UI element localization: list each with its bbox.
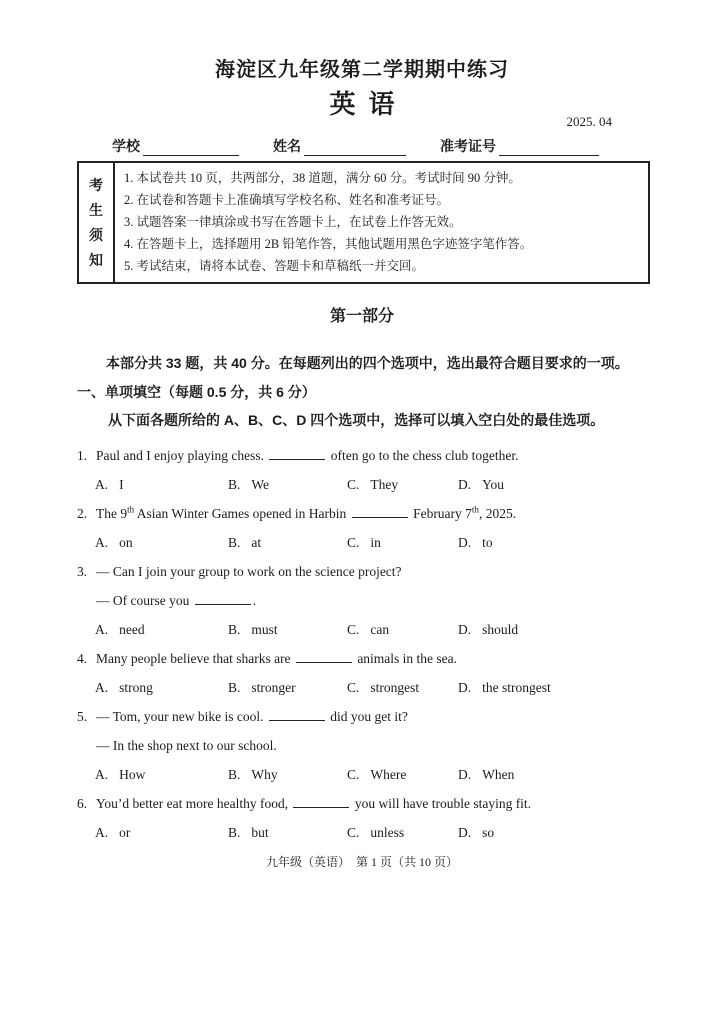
option-b: B.at	[228, 528, 347, 557]
question-number: 4.	[77, 644, 96, 673]
option-a: A.strong	[95, 673, 228, 702]
question-options: A.orB.butC.unlessD.so	[77, 818, 684, 847]
option-a: A.I	[95, 470, 228, 499]
option-d: D.the strongest	[458, 673, 684, 702]
option-d: D.so	[458, 818, 684, 847]
option-d: D.should	[458, 615, 684, 644]
part-one-intro: 本部分共 33 题，共 40 分。在每题列出的四个选项中，选出最符合题目要求的一…	[106, 354, 684, 372]
blank-line	[195, 591, 251, 605]
question-stem-line: 4.Many people believe that sharks are an…	[77, 644, 684, 673]
option-c: C.unless	[347, 818, 458, 847]
option-label: D.	[458, 470, 471, 499]
option-label: B.	[228, 818, 240, 847]
option-b: B.must	[228, 615, 347, 644]
option-b: B.We	[228, 470, 347, 499]
section-one-title: 一、单项填空（每题 0.5 分，共 6 分）	[77, 383, 724, 401]
option-text: should	[482, 622, 518, 637]
option-c: C.strongest	[347, 673, 458, 702]
option-label: B.	[228, 528, 240, 557]
option-label: C.	[347, 760, 359, 789]
option-label: A.	[95, 818, 108, 847]
name-field-label: 姓名	[273, 139, 301, 156]
notice-item: 3. 试题答案一律填涂或书写在答题卡上，在试卷上作答无效。	[124, 215, 642, 230]
option-label: C.	[347, 615, 359, 644]
option-text: on	[119, 535, 133, 550]
option-d: D.When	[458, 760, 684, 789]
option-text: need	[119, 622, 144, 637]
question-stem-line: 3.— Can I join your group to work on the…	[77, 557, 684, 586]
admission-number-field-label: 准考证号	[440, 139, 496, 156]
notice-side-label: 考生须知	[79, 163, 115, 282]
superscript-text: th	[472, 505, 479, 515]
option-text: You	[482, 477, 504, 492]
question-options: A.strongB.strongerC.strongestD.the stron…	[77, 673, 684, 702]
option-text: strongest	[370, 680, 419, 695]
questions-list: 1.Paul and I enjoy playing chess. often …	[77, 441, 684, 847]
question-stem-line: 6.You’d better eat more healthy food, yo…	[77, 789, 684, 818]
question-options: A.needB.mustC.canD.should	[77, 615, 684, 644]
question-number: 5.	[77, 702, 96, 731]
option-text: to	[482, 535, 493, 550]
option-text: unless	[370, 825, 404, 840]
question-number: 3.	[77, 557, 96, 586]
school-field-label: 学校	[112, 139, 140, 156]
option-label: C.	[347, 818, 359, 847]
option-text: I	[119, 477, 124, 492]
option-text: When	[482, 767, 514, 782]
option-label: C.	[347, 528, 359, 557]
question-stem-line: 5.— Tom, your new bike is cool. did you …	[77, 702, 684, 731]
page-footer: 九年级（英语） 第 1 页（共 10 页）	[0, 855, 724, 870]
notice-side-char: 知	[89, 250, 103, 270]
option-b: B.stronger	[228, 673, 347, 702]
notice-items: 1. 本试卷共 10 页，共两部分，38 道题，满分 60 分。考试时间 90 …	[115, 163, 648, 282]
option-label: C.	[347, 470, 359, 499]
question-number: 2.	[77, 499, 96, 528]
option-text: the strongest	[482, 680, 551, 695]
question-options: A.HowB.WhyC.WhereD.When	[77, 760, 684, 789]
question-number: 6.	[77, 789, 96, 818]
option-label: B.	[228, 470, 240, 499]
blank-line	[293, 794, 349, 808]
option-b: B.but	[228, 818, 347, 847]
option-label: D.	[458, 818, 471, 847]
option-text: so	[482, 825, 494, 840]
option-a: A.How	[95, 760, 228, 789]
header-fields: 学校 姓名 准考证号	[112, 138, 724, 156]
option-label: B.	[228, 615, 240, 644]
school-field-blank-line	[143, 140, 239, 156]
option-a: A.need	[95, 615, 228, 644]
superscript-text: th	[127, 505, 134, 515]
question-stem-line: 1.Paul and I enjoy playing chess. often …	[77, 441, 684, 470]
question-options: A.onB.atC.inD.to	[77, 528, 684, 557]
option-text: We	[251, 477, 269, 492]
option-c: C.can	[347, 615, 458, 644]
option-a: A.or	[95, 818, 228, 847]
blank-line	[269, 446, 325, 460]
option-label: A.	[95, 528, 108, 557]
option-text: but	[251, 825, 268, 840]
option-d: D.to	[458, 528, 684, 557]
option-text: in	[370, 535, 381, 550]
notice-item: 1. 本试卷共 10 页，共两部分，38 道题，满分 60 分。考试时间 90 …	[124, 171, 642, 186]
option-text: or	[119, 825, 130, 840]
option-text: can	[370, 622, 389, 637]
school-field: 学校	[112, 139, 239, 156]
option-text: How	[119, 767, 145, 782]
option-text: stronger	[251, 680, 295, 695]
question-stem-line: — In the shop next to our school.	[77, 731, 684, 760]
question-stem-line: — Of course you .	[77, 586, 684, 615]
blank-line	[269, 707, 325, 721]
notice-side-char: 生	[89, 200, 103, 220]
notice-side-char: 考	[89, 175, 103, 195]
question-number: 1.	[77, 441, 96, 470]
option-label: C.	[347, 673, 359, 702]
option-label: B.	[228, 673, 240, 702]
option-text: must	[251, 622, 277, 637]
question: 6.You’d better eat more healthy food, yo…	[77, 789, 684, 847]
option-text: They	[370, 477, 398, 492]
question: 5.— Tom, your new bike is cool. did you …	[77, 702, 684, 789]
question-stem-line: 2.The 9th Asian Winter Games opened in H…	[77, 499, 684, 528]
admission-number-field-blank-line	[499, 140, 599, 156]
question: 1.Paul and I enjoy playing chess. often …	[77, 441, 684, 499]
notice-item: 2. 在试卷和答题卡上准确填写学校名称、姓名和准考证号。	[124, 193, 642, 208]
option-d: D.You	[458, 470, 684, 499]
name-field-blank-line	[304, 140, 406, 156]
notice-item: 4. 在答题卡上，选择题用 2B 铅笔作答，其他试题用黑色字迹签字笔作答。	[124, 237, 642, 252]
option-text: strong	[119, 680, 153, 695]
option-label: D.	[458, 615, 471, 644]
option-label: A.	[95, 760, 108, 789]
exam-title: 海淀区九年级第二学期期中练习	[0, 0, 724, 83]
option-text: Why	[251, 767, 277, 782]
option-text: at	[251, 535, 261, 550]
option-label: D.	[458, 528, 471, 557]
admission-number-field: 准考证号	[440, 139, 599, 156]
option-label: A.	[95, 470, 108, 499]
candidate-notice-box: 考生须知 1. 本试卷共 10 页，共两部分，38 道题，满分 60 分。考试时…	[77, 161, 650, 284]
question-options: A.IB.WeC.TheyD.You	[77, 470, 684, 499]
option-c: C.They	[347, 470, 458, 499]
section-one-instruction: 从下面各题所给的 A、B、C、D 四个选项中，选择可以填入空白处的最佳选项。	[108, 411, 684, 429]
part-one-title: 第一部分	[0, 307, 724, 326]
question: 3.— Can I join your group to work on the…	[77, 557, 684, 644]
option-b: B.Why	[228, 760, 347, 789]
question: 4.Many people believe that sharks are an…	[77, 644, 684, 702]
option-label: A.	[95, 615, 108, 644]
blank-line	[352, 504, 408, 518]
option-text: Where	[370, 767, 406, 782]
option-a: A.on	[95, 528, 228, 557]
question: 2.The 9th Asian Winter Games opened in H…	[77, 499, 684, 557]
option-label: B.	[228, 760, 240, 789]
notice-side-char: 须	[89, 225, 103, 245]
notice-item: 5. 考试结束，请将本试卷、答题卡和草稿纸一并交回。	[124, 259, 642, 274]
option-c: C.in	[347, 528, 458, 557]
option-label: D.	[458, 760, 471, 789]
exam-paper-page: 海淀区九年级第二学期期中练习 英 语 2025. 04 学校 姓名 准考证号 考…	[0, 0, 724, 1024]
name-field: 姓名	[273, 139, 406, 156]
option-label: A.	[95, 673, 108, 702]
option-c: C.Where	[347, 760, 458, 789]
blank-line	[296, 649, 352, 663]
option-label: D.	[458, 673, 471, 702]
